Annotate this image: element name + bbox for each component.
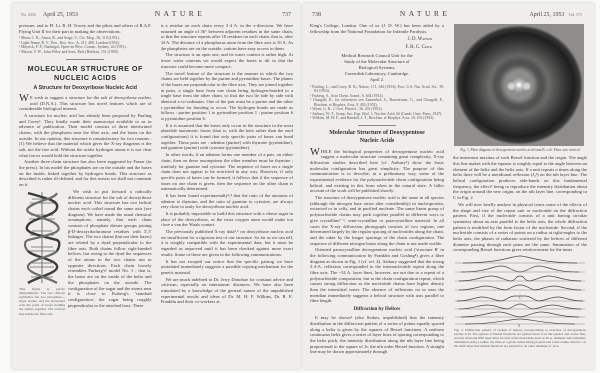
page-738: 738 NATURE April 25, 1953 Vol. 171 King'… xyxy=(303,3,594,369)
helix-figure-caption: This figure is purely diagrammatic. The … xyxy=(19,287,65,316)
paragraph: The novel feature of the structure is th… xyxy=(161,71,294,122)
author-signatures: J. D. Watson F. H. C. Crick xyxy=(310,36,444,50)
xray-diffraction-photo xyxy=(454,24,584,146)
article-subtitle: A Structure for Deoxyribose Nucleic Acid xyxy=(19,85,152,92)
header-date: April 25, 1953 xyxy=(529,12,564,18)
paragraph: If it is assumed that the bases only occ… xyxy=(161,123,294,151)
paragraph: In other words, if an adenine forms one … xyxy=(161,152,294,192)
affiliation-line: April 2. xyxy=(310,77,444,83)
references: ¹ Pauling, L., and Corey, R. B., Nature,… xyxy=(310,85,444,121)
section-divider xyxy=(358,125,396,126)
paragraph: WHILE the biological properties of deoxy… xyxy=(310,149,444,195)
paragraph: A structure for nucleic acid has already… xyxy=(19,113,152,159)
page-header: 738 NATURE April 25, 1953 Vol. 171 xyxy=(310,6,587,23)
affiliation-block: Medical Research Council Unit for the St… xyxy=(310,53,444,83)
paragraph: King's College, London. One of us (J. D.… xyxy=(310,23,444,34)
section-divider xyxy=(66,59,104,60)
fig2-caption: Fig. 2. Diffraction pattern of system of… xyxy=(454,328,586,348)
page-number: 737 xyxy=(282,12,291,18)
right-column: Fig. 1. Fibre diagram of deoxypentose nu… xyxy=(453,23,587,363)
author-watson: J. D. Watson xyxy=(310,36,432,43)
paragraph: It is probably impossible to build this … xyxy=(161,211,294,228)
right-column: is a residue on each chain every 3·4 A. … xyxy=(161,23,294,363)
reference-line: ³ Chargaff, E., for references see Zamen… xyxy=(310,98,444,107)
volume-number: Vol. 171 xyxy=(569,12,582,17)
double-helix-figure: This figure is purely diagrammatic. The … xyxy=(19,191,65,316)
left-column: King's College, London. One of us (J. D.… xyxy=(310,23,444,363)
journal-name: NATURE xyxy=(400,9,451,18)
section-heading: Diffraction by Helices xyxy=(310,307,444,313)
paragraph: Oriented paracrystalline deoxypentose nu… xyxy=(310,247,444,304)
journal-name: NATURE xyxy=(155,9,206,18)
left-column: pressure, and to Fl. Lt. R. H. Tracey an… xyxy=(19,23,152,363)
scanned-journal-spread: { "colors":{"paper":"#efeeea","ink":"#3a… xyxy=(0,0,600,373)
paragraph: It has been found experimentally³,⁴ that… xyxy=(161,193,294,210)
article-title-line1: MOLECULAR STRUCTURE OF xyxy=(19,64,152,73)
fig1-xray-photo-wrap xyxy=(454,24,586,146)
page-number: 738 xyxy=(312,12,321,18)
figure-wrap-paragraph: This figure is purely diagrammatic. The … xyxy=(19,189,152,308)
paragraph: The previously published X-ray data⁵,⁶ o… xyxy=(161,229,294,257)
paragraph: The structure of deoxypentose nucleic ac… xyxy=(310,195,444,246)
paragraph: Another three-chain structure has also b… xyxy=(19,159,152,187)
article-title-line1: Molecular Structure of Deoxypentose xyxy=(310,130,444,138)
article-title: Molecular Structure of Deoxypentose Nucl… xyxy=(310,130,444,146)
paragraph: is a residue on each chain every 3·4 A. … xyxy=(161,23,294,51)
reference-line: ⁴ Mason, V. W., John Wiley and Sons, Par… xyxy=(19,50,152,55)
issue-number: No. 4356 xyxy=(21,12,36,17)
fig2-bessel-diagram: C 0 xyxy=(453,255,587,327)
paragraph: The structure is an open one, and its wa… xyxy=(161,52,294,69)
svg-text:0: 0 xyxy=(518,323,520,327)
previous-article-references: ¹ Mean, C. R., Amos, B., and Serge, V., … xyxy=(19,36,152,54)
paragraph: It may be shown¹ (also Stokes, unpublish… xyxy=(310,315,444,355)
previous-article-ending: pressure, and to Fl. Lt. R. H. Tracey an… xyxy=(19,23,152,34)
page-header: No. 4356 April 25, 1953 NATURE 737 xyxy=(19,6,293,23)
reference-line: ⁶ Wilkins, M. H. F., and Randall, J. T.,… xyxy=(310,116,444,121)
paragraph: WE wish to suggest a structure for the s… xyxy=(19,95,152,112)
bessel-functions-drawing: C 0 xyxy=(453,255,587,327)
article-title-line2: Nucleic Acids xyxy=(310,138,444,146)
paragraph: We will now briefly analyse in physical … xyxy=(453,202,587,253)
page-737: No. 4356 April 25, 1953 NATURE 737 press… xyxy=(12,3,300,369)
header-date: April 25, 1953 xyxy=(43,12,78,18)
article-title-line2: NUCLEIC ACIDS xyxy=(19,73,152,82)
reference-line: ¹ Pauling, L., and Corey, R. B., Nature,… xyxy=(310,85,444,94)
author-crick: F. H. C. Crick xyxy=(310,44,432,51)
fig1-caption: Fig. 1. Fibre diagram of deoxypentose nu… xyxy=(454,148,586,152)
paragraph: It has not escaped our notice that the s… xyxy=(161,259,294,276)
svg-text:C: C xyxy=(519,295,522,300)
article-title: MOLECULAR STRUCTURE OF NUCLEIC ACIDS xyxy=(19,64,152,83)
paragraph: the innermost maxima of each Bessel func… xyxy=(453,155,587,201)
paragraph: We are much indebted to Dr. Jerry Donohu… xyxy=(161,277,294,305)
double-helix-drawing xyxy=(19,191,65,285)
